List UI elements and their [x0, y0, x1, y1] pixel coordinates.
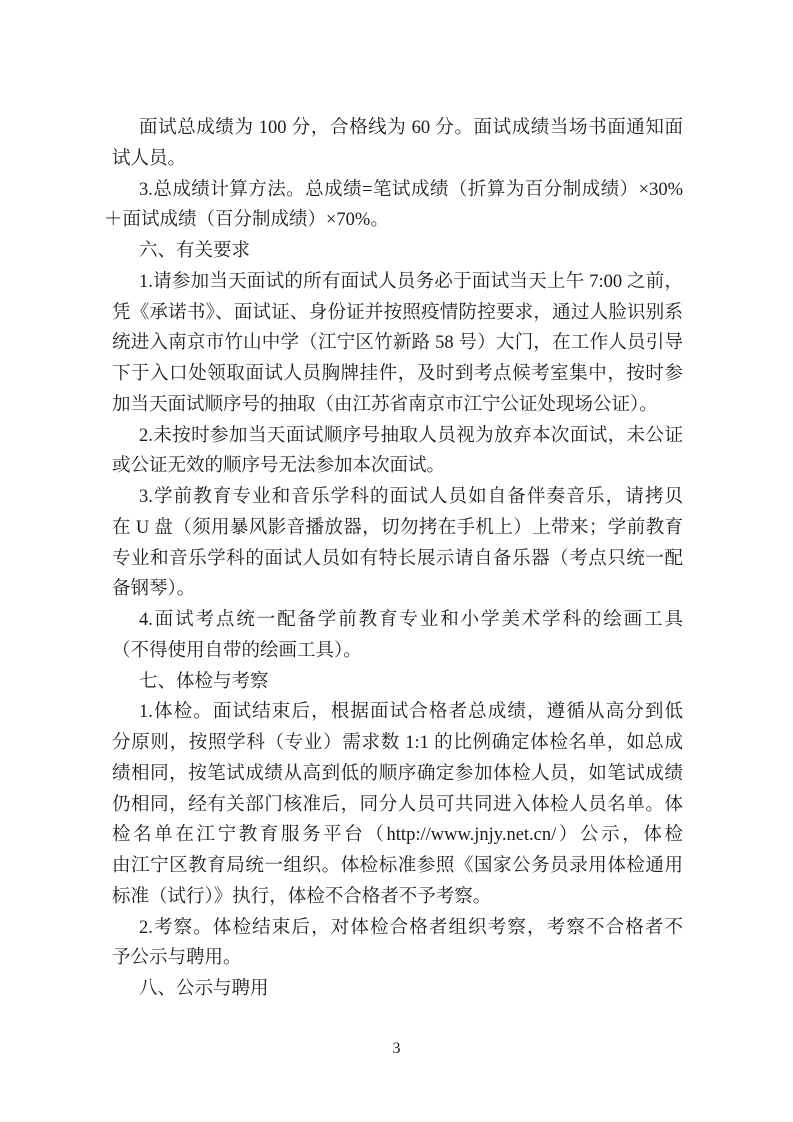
- text-line: 检名单在江宁教育服务平台（http://www.jnjy.net.cn/）公示，…: [112, 820, 683, 851]
- text-line: 或公证无效的顺序号无法参加本次面试。: [112, 451, 683, 482]
- text-line: 面试总成绩为 100 分，合格线为 60 分。面试成绩当场书面通知面: [112, 113, 683, 144]
- section-heading-7: 七、体检与考察: [112, 667, 683, 698]
- text-line: 4.面试考点统一配备学前教育专业和小学美术学科的绘画工具: [112, 605, 683, 636]
- text-line: 分原则，按照学科（专业）需求数 1:1 的比例确定体检名单，如总成: [112, 728, 683, 759]
- text-line: 1.请参加当天面试的所有面试人员务必于面试当天上午 7:00 之前，: [112, 267, 683, 298]
- text-line: 试人员。: [112, 144, 683, 175]
- text-line: 3.总成绩计算方法。总成绩=笔试成绩（折算为百分制成绩）×30%: [112, 175, 683, 206]
- text-line: 下于入口处领取面试人员胸牌挂件，及时到考点候考室集中，按时参: [112, 359, 683, 390]
- text-line: 仍相同，经有关部门核准后，同分人员可共同进入体检人员名单。体: [112, 790, 683, 821]
- text-line: 统进入南京市竹山中学（江宁区竹新路 58 号）大门，在工作人员引导: [112, 328, 683, 359]
- text-line: ＋面试成绩（百分制成绩）×70%。: [104, 205, 683, 236]
- section-heading-8: 八、公示与聘用: [112, 974, 683, 1005]
- text-line: 标准（试行）》执行，体检不合格者不予考察。: [112, 882, 683, 913]
- text-line: 2.未按时参加当天面试顺序号抽取人员视为放弃本次面试，未公证: [112, 421, 683, 452]
- text-line: 予公示与聘用。: [112, 943, 683, 974]
- text-line: 备钢琴）。: [112, 574, 683, 605]
- text-line: （不得使用自带的绘画工具）。: [112, 636, 683, 667]
- page-number: 3: [0, 1040, 793, 1058]
- text-line: 凭《承诺书》、面试证、身份证并按照疫情防控要求，通过人脸识别系: [112, 298, 683, 329]
- text-line: 加当天面试顺序号的抽取（由江苏省南京市江宁公证处现场公证）。: [112, 390, 683, 421]
- document-body: 面试总成绩为 100 分，合格线为 60 分。面试成绩当场书面通知面 试人员。 …: [112, 113, 683, 1005]
- section-heading-6: 六、有关要求: [112, 236, 683, 267]
- text-line: 在 U 盘（须用暴风影音播放器，切勿拷在手机上）上带来；学前教育: [112, 513, 683, 544]
- text-line: 由江宁区教育局统一组织。体检标准参照《国家公务员录用体检通用: [112, 851, 683, 882]
- document-page: 面试总成绩为 100 分，合格线为 60 分。面试成绩当场书面通知面 试人员。 …: [0, 0, 793, 1122]
- text-line: 1.体检。面试结束后，根据面试合格者总成绩，遵循从高分到低: [112, 697, 683, 728]
- text-line: 专业和音乐学科的面试人员如有特长展示请自备乐器（考点只统一配: [112, 544, 683, 575]
- text-line: 3.学前教育专业和音乐学科的面试人员如自备伴奏音乐，请拷贝: [112, 482, 683, 513]
- text-line: 绩相同，按笔试成绩从高到低的顺序确定参加体检人员，如笔试成绩: [112, 759, 683, 790]
- text-line: 2.考察。体检结束后，对体检合格者组织考察，考察不合格者不: [112, 913, 683, 944]
